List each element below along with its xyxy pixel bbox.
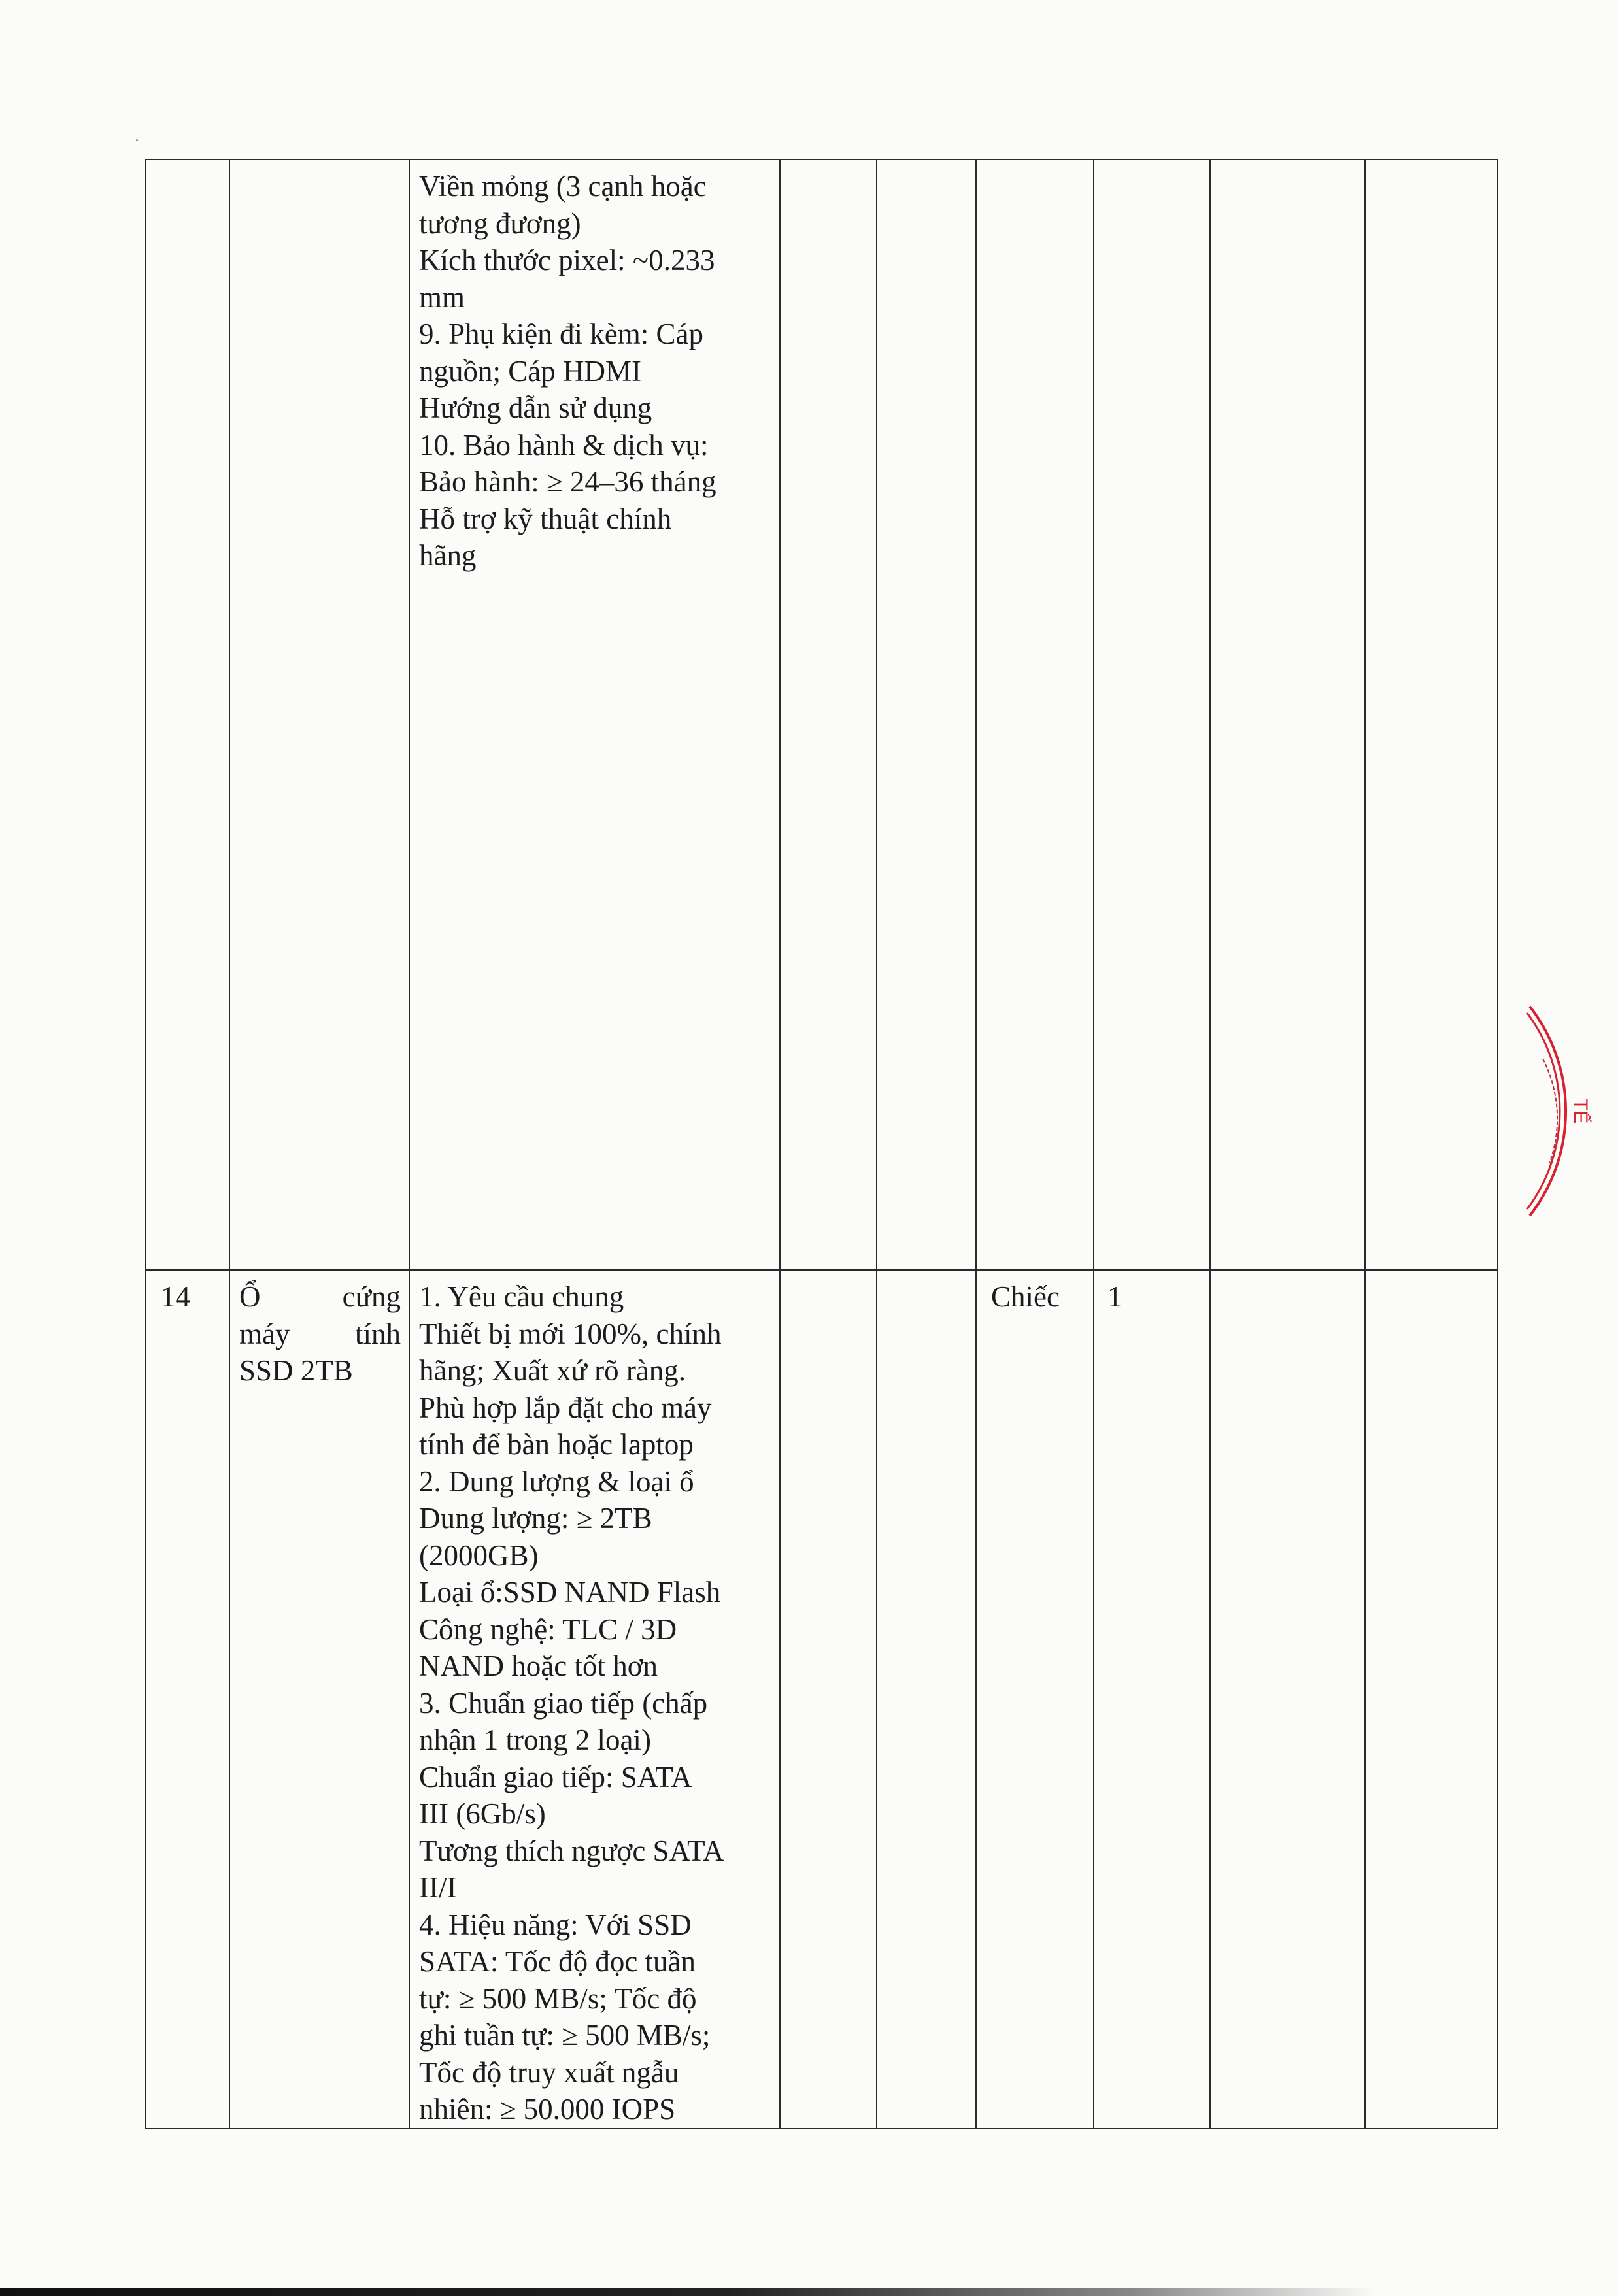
cell-col5 [877,1270,976,2129]
text-line: 1. Yêu cầu chung [419,1278,770,1316]
text-line: II/I [419,1869,770,1906]
text-line: nhiên: ≥ 50.000 IOPS [419,2091,770,2128]
text-line: Công nghệ: TLC / 3D [419,1611,770,1648]
text-line: Hỗ trợ kỹ thuật chính [419,501,770,538]
red-seal-stamp-icon: TẾ [1523,993,1608,1229]
text-line: SATA: Tốc độ đọc tuần [419,1943,770,1980]
text-line: 3. Chuẩn giao tiếp (chấp [419,1685,770,1722]
table-row-continued: Viền mỏng (3 cạnh hoặctương đương)Kích t… [146,159,1498,1270]
text-line: 9. Phụ kiện đi kèm: Cáp [419,316,770,353]
cell-col9 [1365,159,1498,1270]
cell-quantity: 1 [1094,1270,1210,2129]
table-row-14: 14 Ổ cứngmáy tínhSSD 2TB 1. Yêu cầu chun… [146,1270,1498,2129]
text-line: Chuẩn giao tiếp: SATA [419,1759,770,1796]
cell-col8 [1210,1270,1365,2129]
name-line: Ổ cứng [239,1278,401,1316]
cell-spec: Viền mỏng (3 cạnh hoặctương đương)Kích t… [409,159,780,1270]
text-line: Viền mỏng (3 cạnh hoặc [419,168,770,205]
text-line: hãng; Xuất xứ rõ ràng. [419,1352,770,1389]
text-line: Hướng dẫn sử dụng [419,390,770,427]
text-line: Dung lượng: ≥ 2TB [419,1500,770,1537]
spec-lines: 1. Yêu cầu chungThiết bị mới 100%, chính… [419,1278,770,2128]
cell-spec: 1. Yêu cầu chungThiết bị mới 100%, chính… [409,1270,780,2129]
text-line: Tốc độ truy xuất ngẫu [419,2054,770,2091]
text-line: nguồn; Cáp HDMI [419,353,770,390]
cell-col4 [780,1270,877,2129]
text-line: NAND hoặc tốt hơn [419,1648,770,1685]
cell-quantity [1094,159,1210,1270]
text-line: Phù hợp lắp đặt cho máy [419,1389,770,1427]
text-line: Bảo hành: ≥ 24–36 tháng [419,463,770,501]
cell-stt [146,159,229,1270]
text-line: 2. Dung lượng & loại ổ [419,1463,770,1501]
text-line: Loại ổ:SSD NAND Flash [419,1574,770,1611]
cell-col9 [1365,1270,1498,2129]
scan-speck [136,139,138,141]
spec-lines: Viền mỏng (3 cạnh hoặctương đương)Kích t… [419,168,770,574]
cell-col4 [780,159,877,1270]
text-line: 4. Hiệu năng: Với SSD [419,1906,770,1944]
text-line: tự: ≥ 500 MB/s; Tốc độ [419,1980,770,2018]
text-line: Thiết bị mới 100%, chính [419,1316,770,1353]
cell-col5 [877,159,976,1270]
cell-col8 [1210,159,1365,1270]
text-line: III (6Gb/s) [419,1795,770,1833]
name-line: máy tính [239,1316,401,1353]
stamp-text: TẾ [1570,1099,1592,1123]
text-line: hãng [419,537,770,574]
specification-table: Viền mỏng (3 cạnh hoặctương đương)Kích t… [145,159,1498,2129]
text-line: tương đương) [419,205,770,242]
cell-name: Ổ cứngmáy tínhSSD 2TB [229,1270,409,2129]
name-line: SSD 2TB [239,1352,401,1389]
text-line: tính để bàn hoặc laptop [419,1426,770,1463]
scan-edge [0,2288,1618,2296]
cell-name [229,159,409,1270]
cell-stt: 14 [146,1270,229,2129]
text-line: 10. Bảo hành & dịch vụ: [419,427,770,464]
text-line: Kích thước pixel: ~0.233 [419,242,770,279]
text-line: Tương thích ngược SATA [419,1833,770,1870]
text-line: mm [419,279,770,316]
text-line: (2000GB) [419,1537,770,1574]
cell-unit: Chiếc [976,1270,1094,2129]
text-line: ghi tuần tự: ≥ 500 MB/s; [419,2017,770,2054]
text-line: nhận 1 trong 2 loại) [419,1722,770,1759]
item-name: Ổ cứngmáy tínhSSD 2TB [239,1278,401,1389]
cell-unit [976,159,1094,1270]
